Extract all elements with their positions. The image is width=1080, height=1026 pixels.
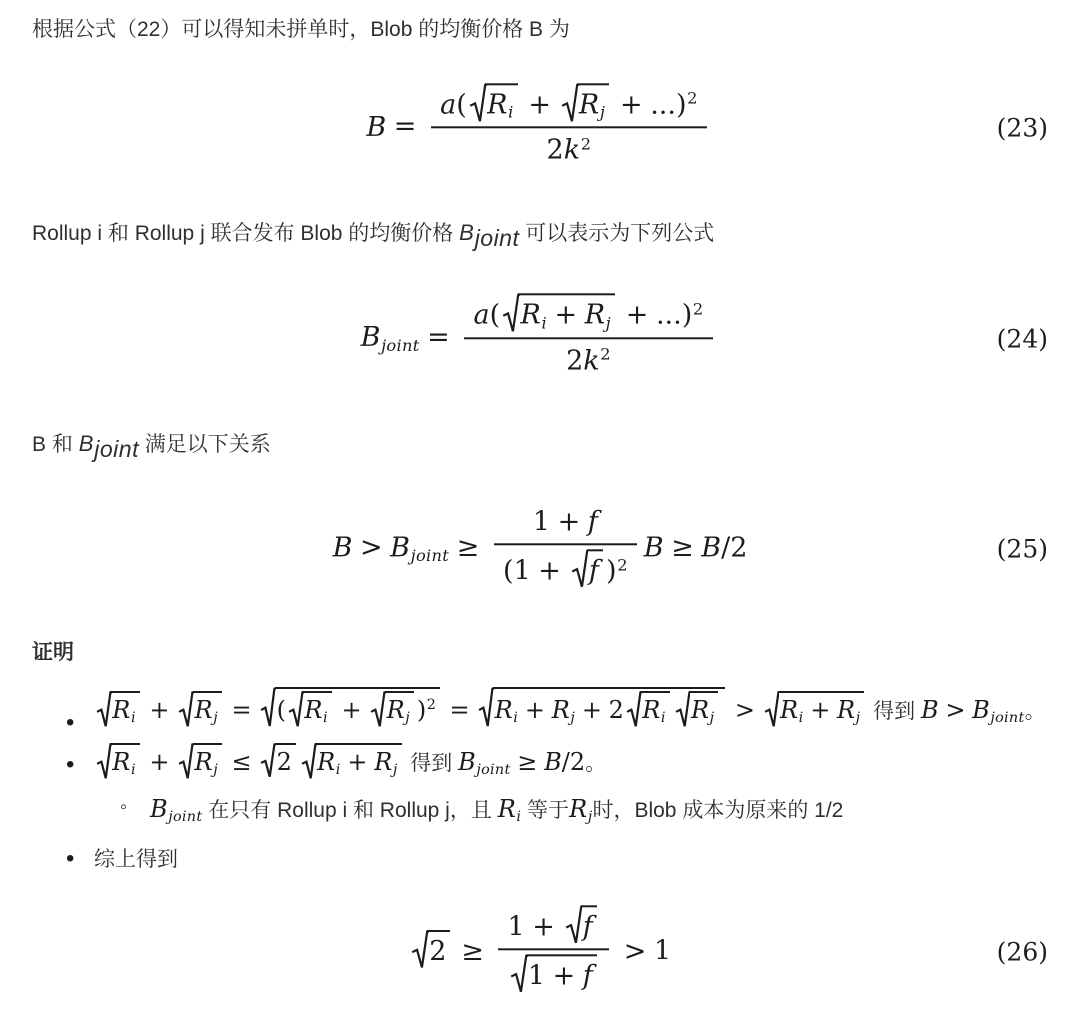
math-subscript: j [213,710,218,726]
math-operator: = [427,322,450,353]
math-radical: Rj [178,743,222,780]
math-var: j [393,762,398,778]
radicand: Rj [193,743,222,780]
math-radical: f [565,905,597,944]
equation-row-23: B=a(Ri+Rj+...)22k2 (23) [32,86,1048,171]
math-var: joint [381,336,420,355]
math-superscript: 2 [693,299,703,318]
radical-sign [571,549,589,588]
math-symbol: 2 [730,532,747,563]
math-var: B [972,696,990,724]
math-var: R [317,748,335,776]
math-symbol: 1 [514,555,531,586]
math-symbol: 2 [693,299,703,318]
math-symbol: 2 [566,345,583,376]
radicand: Ri+Rj [315,743,401,780]
math-var: R [195,748,213,776]
math-var: i [336,762,341,778]
equation-number-23: (23) [997,113,1048,142]
math-symbol: / [721,532,730,563]
radical-sign [469,83,487,123]
radicand: Ri [485,83,518,123]
proof-sublist: Bjoint 在只有 Rollup i 和 Rollup j，且 Ri 等于Rj… [94,794,1048,827]
math-operator: ≥ [517,748,537,776]
radical-sign [626,691,642,728]
math-var: R [487,89,507,120]
math-operator: > [945,696,965,724]
math-var: R [304,696,322,724]
proof-item-2-content: Ri+Rj≤2Ri+Rj 得到 Bjoint≥B/2。 [94,748,606,776]
math-operator: = [394,111,417,142]
math-symbol: 2 [687,88,697,107]
math-radical: Ri [626,691,670,728]
math-var: joint [990,710,1024,726]
math-var: R [495,696,513,724]
math-symbol: 2 [277,748,292,776]
radicand: Rj [689,691,718,728]
radicand: Ri [302,691,332,728]
math-symbol: ( [503,555,514,586]
math-var: f [588,506,598,537]
radical-sign [675,691,691,728]
equation-row-25: B>Bjoint≥1+f(1+f)2B≥B/2 (25) [32,507,1048,591]
math-radical: 2 [411,930,450,969]
math-radical: Rj [370,691,414,728]
math-var: i [799,710,804,726]
math-radical: Ri+Rj [502,293,615,333]
math-subscript: joint [476,762,510,778]
math-var: joint [475,225,520,251]
math-var: R [195,696,213,724]
math-symbol: 2 [600,345,610,364]
text-run: B 和 [32,433,79,456]
proof-subitem-1-content: Bjoint 在只有 Rollup i 和 Rollup j，且 Ri 等于Rj… [150,795,843,823]
text-run: 时，Blob 成本为原来的 1/2 [592,799,843,822]
equation-number-24: (24) [997,324,1048,353]
math-operator: = [232,696,252,724]
math-var: j [710,710,715,726]
math-radical: Ri [288,691,332,728]
equation-number-25: (25) [997,534,1048,563]
math-subscript: i [661,710,666,726]
math-symbol: 2 [617,555,627,574]
math-superscript: 2 [617,555,627,574]
math-var: f [583,961,593,992]
math-var: R [374,748,392,776]
equation-24: Bjoint=a(Ri+Rj+...)22k2 [361,296,720,381]
math-symbol: / [562,748,570,776]
radical-sign [288,691,304,728]
text-run: 可以表示为下列公式 [519,222,714,245]
math-var: B [390,532,410,563]
math-operator: + [532,911,555,942]
math-superscript: 2 [427,697,436,713]
math-subscript: j [600,102,605,121]
radical-sign [478,687,494,728]
math-radical: Ri+Rj [301,743,402,780]
math-symbol: ( [277,696,286,724]
math-subscript: i [513,710,518,726]
radicand: Ri+Rj [518,293,615,333]
radical-sign [178,691,194,728]
math-operator: + [347,748,367,776]
math-var: i [661,710,666,726]
math-superscript: 2 [687,88,697,107]
math-symbol: 2 [609,696,624,724]
radicand: Ri [640,691,670,728]
math-var: B [361,322,381,353]
radicand: f [581,905,597,944]
math-var: B [366,111,386,142]
math-var: B [644,532,664,563]
math-var: k [583,345,599,376]
radicand: f [587,549,603,588]
math-var: joint [94,436,139,462]
math-symbol: ( [456,89,467,120]
math-symbol: ) [417,696,426,724]
radical-sign [260,743,276,778]
math-subscript: i [323,710,328,726]
math-var: i [131,762,136,778]
math-symbol: ) [676,89,687,120]
math-radical: Rj [675,691,719,728]
radical-sign [301,743,317,780]
radicand: Ri [110,743,140,780]
math-radical: Ri [96,743,140,780]
math-subscript: j [856,710,861,726]
radicand: Ri [110,691,140,728]
math-radical: Rj [178,691,222,728]
radical-sign [411,930,429,969]
math-subscript: joint [168,809,202,825]
math-var: k [564,134,580,165]
fraction-denominator: 2k2 [431,128,707,167]
math-operator: ≥ [671,532,694,563]
paragraph-relation-intro: B 和 Bjoint 满足以下关系 [32,427,1048,467]
proof-item-1: Ri+Rj=(Ri+Rj)2=Ri+Rj+2RiRj>Ri+Rj 得到 B>Bj… [94,687,1048,728]
fraction-numerator: 1+f [498,905,609,950]
math-radical: Ri [96,691,140,728]
text-run: 综上得到 [94,848,178,871]
math-symbol: ) [682,299,693,330]
proof-item-3: 综上得到 [94,843,1048,874]
math-subscript: joint [94,437,139,462]
text-run: 。 [585,752,606,775]
math-var: B [458,748,476,776]
math-var: R [780,696,798,724]
radicand: Rj [193,691,222,728]
math-var: R [520,299,540,330]
math-var: R [569,795,587,823]
math-var: j [856,710,861,726]
radicand: 2 [427,930,450,969]
math-operator: + [525,696,545,724]
math-symbol: 2 [429,936,446,967]
math-fraction: a(Ri+Rj+...)22k2 [431,83,707,168]
math-subscript: i [799,710,804,726]
math-var: B [459,220,474,245]
math-fraction: 1+f(1+f)2 [494,504,637,588]
math-radical: Ri [469,83,518,123]
math-subscript: i [541,313,547,332]
math-operator: > [735,696,755,724]
article-page: 根据公式（22）可以得知未拼单时，Blob 的均衡价格 B 为 B=a(Ri+R… [0,0,1080,1026]
text-run: 根据公式（22）可以得知未拼单时，Blob 的均衡价格 B 为 [32,18,570,41]
math-var: R [642,696,660,724]
math-var: R [691,696,709,724]
proof-item-3-content: 综上得到 [94,844,178,872]
math-subscript: i [336,762,341,778]
math-var: f [589,555,599,586]
math-operator: + [538,555,561,586]
radicand: Ri+Rj [778,691,864,728]
math-superscript: 2 [581,134,591,153]
math-radical: Ri+Rj+2RiRj [478,687,725,728]
math-superscript: 2 [600,345,610,364]
text-run: 。 [1025,700,1046,723]
math-operator: + [582,696,602,724]
math-subscript: joint [990,710,1024,726]
math-var: i [541,313,547,332]
math-subscript: i [508,102,514,121]
math-symbol: 2 [581,134,591,153]
math-symbol: 2 [547,134,564,165]
math-var: R [387,696,405,724]
math-var: R [552,696,570,724]
radical-sign [260,687,276,728]
fraction-numerator: a(Ri+Rj+...)2 [431,83,707,128]
radicand: Ri+Rj+2RiRj [493,687,726,728]
math-var: j [600,102,605,121]
math-var: B [333,532,353,563]
math-operator: + [626,299,649,330]
text-run: 得到 [867,700,921,723]
math-symbol: 1 [654,936,671,967]
math-var: B [544,748,562,776]
equation-26: 2≥1+f1+f>1 [409,908,671,996]
math-subscript: j [213,762,218,778]
text-run: 在只有 Rollup i 和 Rollup j，且 [202,799,497,822]
radicand: (Ri+Rj)2 [275,687,440,728]
proof-subitem-1: Bjoint 在只有 Rollup i 和 Rollup j，且 Ri 等于Rj… [150,794,1048,827]
paragraph-joint-intro: Rollup i 和 Rollup j 联合发布 Blob 的均衡价格 Bjoi… [32,216,1048,256]
math-var: R [112,696,130,724]
proof-item-2: Ri+Rj≤2Ri+Rj 得到 Bjoint≥B/2。 Bjoint 在只有 R… [94,743,1048,827]
math-var: R [498,795,516,823]
math-subscript: i [131,710,136,726]
math-operator: + [528,89,551,120]
math-var: j [606,313,611,332]
math-var: R [837,696,855,724]
math-var: i [508,102,514,121]
math-var: j [213,710,218,726]
math-var: joint [476,762,510,778]
fraction-denominator: 2k2 [464,339,713,378]
proof-list: Ri+Rj=(Ri+Rj)2=Ri+Rj+2RiRj>Ri+Rj 得到 B>Bj… [32,687,1048,874]
math-var: a [473,299,489,330]
math-symbol: ... [650,89,676,120]
radical-sign [561,83,579,123]
math-subscript: joint [475,226,520,251]
math-fraction: a(Ri+Rj+...)22k2 [464,293,713,378]
math-operator: > [624,936,647,967]
math-operator: + [553,961,576,992]
radical-sign [370,691,386,728]
math-fraction: 1+f1+f [498,905,609,993]
math-var: B [921,696,939,724]
radical-sign [96,691,112,728]
math-radical: 1+f [510,955,597,994]
radicand: 2 [275,743,296,778]
fraction-denominator: 1+f [498,950,609,993]
math-subscript: j [710,710,715,726]
math-operator: ≥ [457,532,480,563]
math-symbol: 1 [528,961,545,992]
math-radical: Rj [561,83,610,123]
math-symbol: ) [606,555,617,586]
math-operator: + [555,299,578,330]
math-radical: 2 [260,743,296,778]
paragraph-intro: 根据公式（22）可以得知未拼单时，Blob 的均衡价格 B 为 [32,14,1048,46]
equation-23: B=a(Ri+Rj+...)22k2 [366,86,713,171]
fraction-numerator: 1+f [494,504,637,545]
math-var: R [112,748,130,776]
radical-sign [178,743,194,780]
math-subscript: j [405,710,410,726]
math-operator: > [360,532,383,563]
math-var: R [585,299,605,330]
fraction-denominator: (1+f)2 [494,545,637,588]
math-subscript: joint [381,336,420,355]
math-operator: + [149,748,169,776]
proof-heading: 证明 [32,637,1048,669]
math-radical: f [571,549,603,588]
math-subscript: i [131,762,136,778]
math-operator: + [620,89,643,120]
math-var: j [213,762,218,778]
math-operator: + [341,696,361,724]
radicand: Rj [385,691,414,728]
math-var: R [579,89,599,120]
math-var: i [513,710,518,726]
equation-row-26: 2≥1+f1+f>1 (26) [32,908,1048,996]
text-run: 满足以下关系 [139,433,271,456]
math-symbol: 2 [570,748,585,776]
radical-sign [764,691,780,728]
math-var: i [131,710,136,726]
math-radical: Ri+Rj [764,691,865,728]
math-var: j [405,710,410,726]
radicand: 1+f [526,955,597,994]
equation-row-24: Bjoint=a(Ri+Rj+...)22k2 (24) [32,296,1048,381]
math-var: B [150,795,168,823]
math-var: B [701,532,721,563]
math-operator: = [450,696,470,724]
math-symbol: ( [490,299,501,330]
equation-25: B>Bjoint≥1+f(1+f)2B≥B/2 [333,507,748,591]
math-operator: + [149,696,169,724]
math-symbol: 1 [533,506,550,537]
math-var: i [323,710,328,726]
text-run: 得到 [404,752,458,775]
math-operator: ≤ [232,748,252,776]
math-operator: + [810,696,830,724]
radical-sign [96,743,112,780]
math-var: B [79,431,94,456]
math-symbol: 2 [427,697,436,713]
equation-number-26: (26) [997,938,1048,967]
math-var: f [583,911,593,942]
text-run: 等于 [521,799,569,822]
math-subscript: j [606,313,611,332]
text-run: Rollup i 和 Rollup j 联合发布 Blob 的均衡价格 [32,222,459,245]
radical-sign [502,293,520,333]
math-symbol: ... [656,299,682,330]
math-operator: ≥ [461,936,484,967]
math-var: a [440,89,456,120]
math-var: j [570,710,575,726]
math-radical: (Ri+Rj)2 [260,687,440,728]
fraction-numerator: a(Ri+Rj+...)2 [464,293,713,338]
radical-sign [565,905,583,944]
math-operator: + [558,506,581,537]
math-subscript: j [393,762,398,778]
math-var: joint [168,809,202,825]
proof-item-1-content: Ri+Rj=(Ri+Rj)2=Ri+Rj+2RiRj>Ri+Rj 得到 B>Bj… [94,696,1046,724]
radical-sign [510,955,528,994]
math-symbol: 1 [508,911,525,942]
math-subscript: j [570,710,575,726]
radicand: Rj [577,83,609,123]
math-subscript: joint [411,546,450,565]
math-var: joint [411,546,450,565]
